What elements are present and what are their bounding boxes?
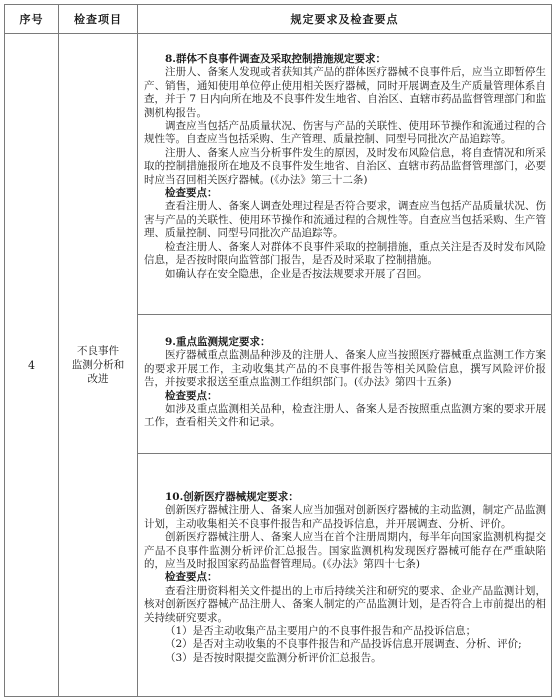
section-10-cell: 10.创新医疗器械规定要求： 创新医疗器械注册人、备案人应当加强对创新医疗器械的… <box>138 454 552 697</box>
section-10-heading: 10.创新医疗器械规定要求： <box>144 491 546 504</box>
section-8-check-paragraph: 查看注册人、备案人调查处理过程是否符合要求，调查应当包括产品质量状况、伤害与产品… <box>144 200 546 240</box>
table-row-section-8: 4 不良事件 监测分析和 改进 8.群体不良事件调查及采取控制措施规定要求： 注… <box>5 34 552 315</box>
section-10-paragraph: 创新医疗器械注册人、备案人应当加强对创新医疗器械的主动监测，制定产品监测计划，主… <box>144 504 546 531</box>
section-8-check-points-heading: 检查要点： <box>144 187 546 200</box>
section-8-paragraph: 注册人、备案人应当分析事件发生的原因，及时发布风险信息，将自查情况和所采取的控制… <box>144 147 546 187</box>
section-9-paragraph: 医疗器械重点监测品种涉及的注册人、备案人应当按照医疗器械重点监测工作方案的要求开… <box>144 349 546 389</box>
document-page: 序号 检查项目 规定要求及检查要点 4 不良事件 监测分析和 改进 8.群体不良… <box>0 0 555 700</box>
section-8-paragraph: 注册人、备案人发现或者获知其产品的群体医疗器械不良事件后，应当立即暂停生产、销售… <box>144 66 546 120</box>
section-8-cell: 8.群体不良事件调查及采取控制措施规定要求： 注册人、备案人发现或者获知其产品的… <box>138 34 552 315</box>
header-inspection-item: 检查项目 <box>59 5 138 34</box>
section-10-check-point-item: （3）是否按时限提交监测分析评价汇总报告。 <box>144 652 546 665</box>
serial-number-cell: 4 <box>5 34 59 697</box>
header-requirements: 规定要求及检查要点 <box>138 5 552 34</box>
section-8-paragraph: 调查应当包括产品质量状况、伤害与产品的关联性、使用环节操作和流通过程的合规性等。… <box>144 120 546 147</box>
section-8-check-paragraph: 检查注册人、备案人对群体不良事件采取的控制措施，重点关注是否及时发布风险信息，是… <box>144 241 546 268</box>
section-10-check-points-heading: 检查要点： <box>144 571 546 584</box>
section-8-heading: 8.群体不良事件调查及采取控制措施规定要求： <box>144 53 546 66</box>
section-9-check-paragraph: 如涉及重点监测相关品种，检查注册人、备案人是否按照重点监测方案的要求开展工作，查… <box>144 403 546 430</box>
inspection-table: 序号 检查项目 规定要求及检查要点 4 不良事件 监测分析和 改进 8.群体不良… <box>4 4 552 697</box>
section-8-check-paragraph: 如确认存在安全隐患，企业是否按法规要求开展了召回。 <box>144 268 546 281</box>
section-9-heading: 9.重点监测规定要求： <box>144 336 546 349</box>
section-10-paragraph: 创新医疗器械注册人、备案人应当在首个注册周期内，每半年向国家监测机构提交产品不良… <box>144 531 546 571</box>
table-header-row: 序号 检查项目 规定要求及检查要点 <box>5 5 552 34</box>
inspection-item-cell: 不良事件 监测分析和 改进 <box>59 34 138 697</box>
header-serial-number: 序号 <box>5 5 59 34</box>
section-10-check-point-item: （1）是否主动收集产品主要用户的不良事件报告和产品投诉信息； <box>144 625 546 638</box>
section-10-check-paragraph: 查看注册资料相关文件提出的上市后持续关注和研究的要求、企业产品监测计划，核对创新… <box>144 585 546 625</box>
section-10-check-point-item: （2）是否对主动收集的不良事件报告和产品投诉信息开展调查、分析、评价; <box>144 638 546 651</box>
section-9-check-points-heading: 检查要点： <box>144 390 546 403</box>
section-9-cell: 9.重点监测规定要求： 医疗器械重点监测品种涉及的注册人、备案人应当按照医疗器械… <box>138 315 552 454</box>
